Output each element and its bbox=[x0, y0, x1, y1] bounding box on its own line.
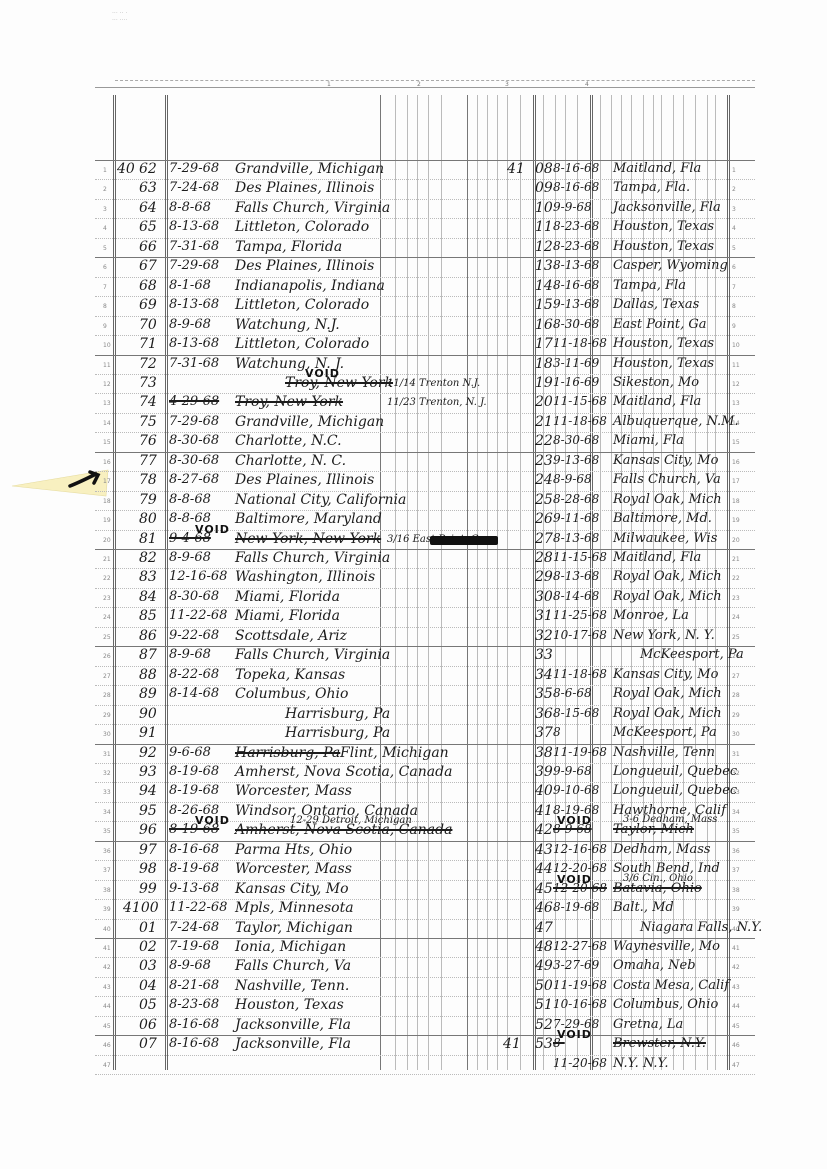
line-number: 20 bbox=[103, 537, 111, 544]
line-number: 5 bbox=[732, 245, 736, 252]
entry-date: 8-13-68 bbox=[169, 219, 219, 234]
header-band bbox=[95, 95, 755, 161]
entry-place: Flint, Michigan bbox=[340, 745, 449, 761]
entry-date: 8-1-68 bbox=[169, 278, 211, 293]
line-number: 43 bbox=[103, 984, 111, 991]
line-number: 12 bbox=[103, 381, 111, 388]
entry-place: Tampa, Fla. bbox=[613, 180, 690, 195]
line-number: 41 bbox=[103, 945, 111, 952]
entry-date: 8-22-68 bbox=[169, 667, 219, 682]
entry-number: 46 bbox=[535, 900, 553, 916]
entry-place: Dedham, Mass bbox=[613, 842, 711, 857]
entry-number: 28 bbox=[535, 550, 553, 566]
line-number: 10 bbox=[103, 342, 111, 349]
entry-date: 11-19-68 bbox=[553, 978, 607, 992]
entry-number: 87 bbox=[139, 647, 157, 663]
entry-number: 69 bbox=[139, 297, 157, 313]
entry-number: 92 bbox=[139, 745, 157, 761]
entry-place: Charlotte, N. C. bbox=[235, 453, 346, 469]
ledger-row: 1010718-13-68Littleton, Colorado1711-18-… bbox=[95, 335, 755, 355]
entry-number: 67 bbox=[139, 258, 157, 274]
entry-place: Topeka, Kansas bbox=[235, 667, 345, 683]
line-number: 23 bbox=[103, 595, 111, 602]
entry-place: National City, California bbox=[235, 492, 406, 508]
entry-place: Nashville, Tenn bbox=[613, 745, 715, 760]
entry-date: 11-18-68 bbox=[553, 336, 607, 350]
entry-number: 06 bbox=[139, 1017, 157, 1033]
line-number: 22 bbox=[103, 575, 111, 582]
ledger-row: 1717788-27-68Des Plaines, Illinois248-9-… bbox=[95, 471, 755, 491]
entry-place: Harrisburg, Pa bbox=[285, 725, 390, 741]
line-number: 30 bbox=[732, 731, 740, 738]
entry-number: 24 bbox=[535, 472, 553, 488]
entry-place: Grandville, Michigan bbox=[235, 414, 384, 430]
entry-place: Columbus, Ohio bbox=[235, 686, 348, 702]
ledger-row: 1616778-30-68Charlotte, N. C.239-13-68Ka… bbox=[95, 452, 755, 472]
line-number: 26 bbox=[103, 653, 111, 660]
line-number: 8 bbox=[103, 303, 107, 310]
ledger-row: 3333948-19-68Worcester, Mass409-10-68Lon… bbox=[95, 782, 755, 802]
entry-correction: 11/23 Trenton, N. J. bbox=[387, 397, 487, 408]
entry-date: 8-30-68 bbox=[553, 433, 599, 447]
entry-number: 23 bbox=[535, 453, 553, 469]
entry-place: Worcester, Mass bbox=[235, 783, 352, 799]
ledger-row: 3838999-13-68Kansas City, Mo4512-20-68Ba… bbox=[95, 880, 755, 900]
line-number: 30 bbox=[103, 731, 111, 738]
entry-place: Miami, Florida bbox=[235, 608, 340, 624]
entry-number: 16 bbox=[535, 317, 553, 333]
line-number: 9 bbox=[103, 323, 107, 330]
entry-place: Longueuil, Quebec bbox=[613, 764, 737, 779]
entry-place: Houston, Texas bbox=[613, 219, 714, 234]
line-number: 47 bbox=[103, 1062, 111, 1069]
entry-number: 02 bbox=[139, 939, 157, 955]
entry-number: 41 bbox=[535, 803, 553, 819]
line-number: 41 bbox=[732, 945, 740, 952]
ledger-row: 1515768-30-68Charlotte, N.C.228-30-68Mia… bbox=[95, 432, 755, 452]
entry-correction: 3/6 Cin., Ohio bbox=[623, 873, 693, 884]
entry-date: 11-18-68 bbox=[553, 667, 607, 681]
line-number: 42 bbox=[732, 964, 740, 971]
entry-number: 05 bbox=[139, 997, 157, 1013]
entry-correction: 3-6 Dedham, Mass bbox=[623, 814, 717, 825]
ledger-row: 66677-29-68Des Plaines, Illinois138-13-6… bbox=[95, 257, 755, 277]
entry-place: Littleton, Colorado bbox=[235, 336, 369, 352]
line-number: 37 bbox=[732, 867, 740, 874]
entry-number: 15 bbox=[535, 297, 553, 313]
entry-place: Falls Church, Virginia bbox=[235, 550, 390, 566]
entry-number: 81 bbox=[139, 531, 157, 547]
entry-date: 8-9-68 bbox=[169, 958, 211, 973]
entry-place: Houston, Texas bbox=[613, 239, 714, 254]
entry-date: 12-16-68 bbox=[169, 569, 227, 584]
entry-date: 9-11-68 bbox=[553, 511, 599, 525]
ledger-row: 1313744-29-68Troy, New York11/23 Trenton… bbox=[95, 393, 755, 413]
entry-number: 65 bbox=[139, 219, 157, 235]
entry-place: Baltimore, Maryland bbox=[235, 511, 382, 527]
entry-date: 8-16-68 bbox=[553, 180, 599, 194]
entry-number: 79 bbox=[139, 492, 157, 508]
entry-date: 8-13-68 bbox=[169, 297, 219, 312]
line-number: 15 bbox=[103, 439, 111, 446]
ledger-row: 88698-13-68Littleton, Colorado159-13-68D… bbox=[95, 296, 755, 316]
entry-place: Jacksonville, Fla bbox=[235, 1036, 351, 1052]
entry-number: 50 bbox=[535, 978, 553, 994]
entry-place: Maitland, Fla bbox=[613, 550, 701, 565]
ledger-row: 77688-1-68Indianapolis, Indiana148-16-68… bbox=[95, 277, 755, 297]
entry-number: 17 bbox=[535, 336, 553, 352]
entry-place: Maitland, Fla bbox=[613, 161, 701, 176]
entry-place: Baltimore, Md. bbox=[613, 511, 712, 526]
entry-number: 14 bbox=[535, 278, 553, 294]
entry-number: 95 bbox=[139, 803, 157, 819]
entry-place: Kansas City, Mo bbox=[613, 667, 718, 682]
line-number: 15 bbox=[732, 439, 740, 446]
entry-date: 9-10-68 bbox=[553, 783, 599, 797]
line-number: 6 bbox=[732, 264, 736, 271]
entry-date: 12-16-68 bbox=[553, 842, 607, 856]
entry-number: 38 bbox=[535, 745, 553, 761]
entry-place: Brewster, N.Y. bbox=[613, 1036, 706, 1051]
entry-date: 8-21-68 bbox=[169, 978, 219, 993]
ledger-row: 2626878-9-68Falls Church, Virginia33McKe… bbox=[95, 646, 755, 666]
line-number: 19 bbox=[103, 517, 111, 524]
entry-place: Omaha, Neb bbox=[613, 958, 696, 973]
entry-date: 8-13-68 bbox=[169, 336, 219, 351]
ledger-row: 2121828-9-68Falls Church, Virginia2811-1… bbox=[95, 549, 755, 569]
entry-place: Watchung, N.J. bbox=[235, 317, 340, 333]
entry-date: 8-8-68 bbox=[169, 492, 211, 507]
entry-place: Miami, Fla bbox=[613, 433, 684, 448]
entry-date: 8-27-68 bbox=[169, 472, 219, 487]
ledger-row: 1818798-8-68National City, California258… bbox=[95, 491, 755, 511]
line-number: 3 bbox=[732, 206, 736, 213]
entry-date: 8-30-68 bbox=[553, 317, 599, 331]
void-stamp: VOID bbox=[557, 814, 592, 827]
line-number: 21 bbox=[103, 556, 111, 563]
ledger-row: 1111727-31-68Watchung, N. J.183-11-69Hou… bbox=[95, 355, 755, 375]
entry-place: N.Y. N.Y. bbox=[613, 1056, 669, 1071]
column-number: 2 bbox=[417, 81, 421, 88]
entry-number: 94 bbox=[139, 783, 157, 799]
line-number: 4 bbox=[732, 225, 736, 232]
entry-date: 8-9-68 bbox=[169, 550, 211, 565]
entry-date: 8-16-68 bbox=[553, 278, 599, 292]
entry-date: 11-15-68 bbox=[553, 394, 607, 408]
entry-number: 77 bbox=[139, 453, 157, 469]
entry-date: 8-16-68 bbox=[553, 161, 599, 175]
ledger-row: 3636978-16-68Parma Hts, Ohio4312-16-68De… bbox=[95, 841, 755, 861]
entry-place: Littleton, Colorado bbox=[235, 297, 369, 313]
entry-date: 8-23-68 bbox=[553, 219, 599, 233]
entry-number: 76 bbox=[139, 433, 157, 449]
entry-number: 51 bbox=[535, 997, 553, 1013]
line-number: 42 bbox=[103, 964, 111, 971]
line-number: 13 bbox=[103, 400, 111, 407]
entry-date: 8-13-68 bbox=[553, 531, 599, 545]
entry-number: 99 bbox=[139, 881, 157, 897]
line-number: 8 bbox=[732, 303, 736, 310]
entry-place: Taylor, Michigan bbox=[235, 920, 353, 936]
line-number: 46 bbox=[732, 1042, 740, 1049]
entry-place: Tampa, Fla bbox=[613, 278, 686, 293]
entry-place: Grandville, Michigan bbox=[235, 161, 384, 177]
entry-prefix: 40 bbox=[117, 161, 135, 177]
entry-date: 8-30-68 bbox=[169, 433, 219, 448]
entry-number: 34 bbox=[535, 667, 553, 683]
entry-number: 45 bbox=[535, 881, 553, 897]
entry-date: 8-14-68 bbox=[169, 686, 219, 701]
top-rule-2 bbox=[95, 87, 755, 88]
line-number: 45 bbox=[732, 1023, 740, 1030]
entry-place: Miami, Florida bbox=[235, 589, 340, 605]
entry-date: 8-9-68 bbox=[169, 317, 211, 332]
void-stamp: VOID bbox=[195, 814, 230, 827]
entry-date: 8 bbox=[553, 725, 561, 739]
entry-place: Columbus, Ohio bbox=[613, 997, 718, 1012]
line-number: 32 bbox=[103, 770, 111, 777]
entry-number: 88 bbox=[139, 667, 157, 683]
entry-number: 66 bbox=[139, 239, 157, 255]
entry-place: Falls Church, Virginia bbox=[235, 200, 390, 216]
line-number: 31 bbox=[103, 751, 111, 758]
entry-place: New York, New York bbox=[235, 531, 381, 547]
entry-place: Royal Oak, Mich bbox=[613, 589, 722, 604]
entry-number: 82 bbox=[139, 550, 157, 566]
entry-number: 25 bbox=[535, 492, 553, 508]
entry-place: Costa Mesa, Calif bbox=[613, 978, 729, 993]
line-number: 24 bbox=[732, 614, 740, 621]
entry-date: 8-30-68 bbox=[169, 453, 219, 468]
entry-number: 19 bbox=[535, 375, 553, 391]
entry-date: 7-31-68 bbox=[169, 239, 219, 254]
entry-place: Casper, Wyoming bbox=[613, 258, 728, 273]
ledger-row: 44658-13-68Littleton, Colorado118-23-68H… bbox=[95, 218, 755, 238]
entry-date: 9-13-68 bbox=[169, 881, 219, 896]
entry-date: 9-9-68 bbox=[553, 200, 592, 214]
ledger-row: 4444058-23-68Houston, Texas5110-16-68Col… bbox=[95, 996, 755, 1016]
entry-date: 12-27-68 bbox=[553, 939, 607, 953]
entry-number: 72 bbox=[139, 356, 157, 372]
line-number: 38 bbox=[103, 887, 111, 894]
ledger-row: 1140627-29-68Grandville, Michigan41088-1… bbox=[95, 160, 755, 180]
entry-number: 84 bbox=[139, 589, 157, 605]
ledger-row: 22637-24-68Des Plaines, Illinois098-16-6… bbox=[95, 179, 755, 199]
entry-number: 04 bbox=[139, 978, 157, 994]
entry-number: 31 bbox=[535, 608, 553, 624]
entry-date: 8-14-68 bbox=[553, 589, 599, 603]
entry-number: 20 bbox=[535, 394, 553, 410]
entry-prefix: 41 bbox=[507, 161, 525, 177]
entry-date: 4-29-68 bbox=[169, 394, 219, 409]
entry-number: 4100 bbox=[123, 900, 159, 916]
entry-number: 83 bbox=[139, 569, 157, 585]
entry-number: 35 bbox=[535, 686, 553, 702]
ledger-row: 2020819-4-68New York, New YorkVOID3/16 E… bbox=[95, 530, 755, 550]
entry-date: 9-6-68 bbox=[169, 745, 211, 760]
ledger-row: 55667-31-68Tampa, Florida128-23-68Housto… bbox=[95, 238, 755, 258]
column-number: 1 bbox=[327, 81, 331, 88]
void-stamp: VOID bbox=[557, 873, 592, 886]
line-number: 39 bbox=[732, 906, 740, 913]
entry-number: 85 bbox=[139, 608, 157, 624]
entry-date: 11-25-68 bbox=[553, 608, 607, 622]
ledger-row: 3131929-6-68Harrisburg, PaFlint, Michiga… bbox=[95, 744, 755, 764]
ledger-row: 2727888-22-68Topeka, Kansas3411-18-68Kan… bbox=[95, 666, 755, 686]
entry-number: 70 bbox=[139, 317, 157, 333]
entry-date: 8-19-68 bbox=[169, 764, 219, 779]
entry-number: 48 bbox=[535, 939, 553, 955]
entry-place: Mpls, Minnesota bbox=[235, 900, 354, 916]
void-stamp: VOID bbox=[557, 1028, 592, 1041]
entry-number: 74 bbox=[139, 394, 157, 410]
entry-place: Troy, New York bbox=[235, 394, 343, 410]
entry-number: 30 bbox=[535, 589, 553, 605]
entry-number: 09 bbox=[535, 180, 553, 196]
entry-place: Monroe, La bbox=[613, 608, 689, 623]
ledger-row: 1919808-8-68Baltimore, Maryland269-11-68… bbox=[95, 510, 755, 530]
entry-date: 8-19-68 bbox=[169, 861, 219, 876]
entry-correction: 12-29 Detroit, Michigan bbox=[290, 815, 412, 826]
entry-number: 43 bbox=[535, 842, 553, 858]
line-number: 12 bbox=[732, 381, 740, 388]
entry-date: 8-6-68 bbox=[553, 686, 592, 700]
entry-place: Harrisburg, Pa bbox=[285, 706, 390, 722]
ledger-row: 99708-9-68Watchung, N.J.168-30-68East Po… bbox=[95, 316, 755, 336]
struck-place: Harrisburg, Pa bbox=[235, 745, 340, 761]
entry-number: 62 bbox=[139, 161, 157, 177]
line-number: 29 bbox=[103, 712, 111, 719]
entry-number: 18 bbox=[535, 356, 553, 372]
entry-place: Ionia, Michigan bbox=[235, 939, 346, 955]
entry-date: 8-16-68 bbox=[169, 842, 219, 857]
entry-place: Charlotte, N.C. bbox=[235, 433, 342, 449]
entry-date: 7-29-68 bbox=[169, 258, 219, 273]
line-number: 27 bbox=[732, 673, 740, 680]
entry-number: 27 bbox=[535, 531, 553, 547]
entry-date: 8-28-68 bbox=[553, 492, 599, 506]
entry-place: Worcester, Mass bbox=[235, 861, 352, 877]
line-number: 7 bbox=[103, 284, 107, 291]
line-number: 14 bbox=[103, 420, 111, 427]
entry-date: 8-9-68 bbox=[169, 647, 211, 662]
ledger-row: 474711-20-68N.Y. N.Y. bbox=[95, 1055, 755, 1075]
line-number: 43 bbox=[732, 984, 740, 991]
line-number: 17 bbox=[103, 478, 111, 485]
entry-place: New York, N. Y. bbox=[613, 628, 715, 643]
ledger-grid: 1 2 3 4 1140627-29-68Grandville, Michiga… bbox=[95, 80, 755, 1070]
entry-place: Amherst, Nova Scotia, Canada bbox=[235, 764, 452, 780]
entry-place: Washington, Illinois bbox=[235, 569, 375, 585]
entry-place: Niagara Falls, N.Y. bbox=[640, 920, 762, 935]
entry-date: 8-8-68 bbox=[169, 200, 211, 215]
entry-number: 52 bbox=[535, 1017, 553, 1033]
entry-number: 80 bbox=[139, 511, 157, 527]
entry-date: 7-24-68 bbox=[169, 920, 219, 935]
line-number: 47 bbox=[732, 1062, 740, 1069]
entry-place: Des Plaines, Illinois bbox=[235, 180, 374, 196]
entry-place: Balt., Md bbox=[613, 900, 674, 915]
entry-number: 71 bbox=[139, 336, 157, 352]
entry-place: Indianapolis, Indiana bbox=[235, 278, 385, 294]
line-number: 34 bbox=[103, 809, 111, 816]
entry-number: 90 bbox=[139, 706, 157, 722]
entry-place: Dallas, Texas bbox=[613, 297, 699, 312]
line-number: 2 bbox=[732, 186, 736, 193]
line-number: 40 bbox=[103, 926, 111, 933]
entry-place: Falls Church, Va bbox=[235, 958, 351, 974]
entry-place: Gretna, La bbox=[613, 1017, 683, 1032]
entry-date: 7-31-68 bbox=[169, 356, 219, 371]
line-number: 17 bbox=[732, 478, 740, 485]
entry-date: 8-30-68 bbox=[169, 589, 219, 604]
entry-date: 8-13-68 bbox=[553, 569, 599, 583]
ledger-row: 121273Troy, New YorkVOID11/14 Trenton N.… bbox=[95, 374, 755, 394]
entry-date: 9-13-68 bbox=[553, 297, 599, 311]
line-number: 44 bbox=[732, 1003, 740, 1010]
entry-place: Tampa, Florida bbox=[235, 239, 342, 255]
line-number: 25 bbox=[103, 634, 111, 641]
entry-place: Jacksonville, Fla bbox=[613, 200, 721, 215]
entry-date: 8-16-68 bbox=[169, 1036, 219, 1051]
ledger-row: 292990Harrisburg, Pa368-15-68Royal Oak, … bbox=[95, 705, 755, 725]
ledger-row: 22228312-16-68Washington, Illinois298-13… bbox=[95, 568, 755, 588]
entry-number: 42 bbox=[535, 822, 553, 838]
entry-number: 98 bbox=[139, 861, 157, 877]
ledger-row: 4040017-24-68Taylor, Michigan47Niagara F… bbox=[95, 919, 755, 939]
ledger-row: 24248511-22-68Miami, Florida3111-25-68Mo… bbox=[95, 607, 755, 627]
entry-correction: 11/14 Trenton N.J. bbox=[387, 378, 480, 389]
entry-number: 01 bbox=[139, 920, 157, 936]
line-number: 44 bbox=[103, 1003, 111, 1010]
entry-place: Falls Church, Va bbox=[613, 472, 721, 487]
entry-number: 68 bbox=[139, 278, 157, 294]
ledger-row: 4343048-21-68Nashville, Tenn.5011-19-68C… bbox=[95, 977, 755, 997]
line-number: 35 bbox=[732, 828, 740, 835]
entry-place: Royal Oak, Mich bbox=[613, 686, 722, 701]
entry-number: 73 bbox=[139, 375, 157, 391]
line-number: 1 bbox=[103, 167, 107, 174]
entry-place: Des Plaines, Illinois bbox=[235, 258, 374, 274]
line-number: 4 bbox=[103, 225, 107, 232]
entry-number: 40 bbox=[535, 783, 553, 799]
line-number: 9 bbox=[732, 323, 736, 330]
entry-date: 11-18-68 bbox=[553, 414, 607, 428]
entry-number: 10 bbox=[535, 200, 553, 216]
line-number: 19 bbox=[732, 517, 740, 524]
entry-number: 97 bbox=[139, 842, 157, 858]
line-number: 3 bbox=[103, 206, 107, 213]
ledger-row: 33648-8-68Falls Church, Virginia109-9-68… bbox=[95, 199, 755, 219]
entry-number: 11 bbox=[535, 219, 553, 235]
entry-place: Falls Church, Virginia bbox=[235, 647, 390, 663]
scribble-mark bbox=[430, 536, 498, 545]
entry-number: 22 bbox=[535, 433, 553, 449]
entry-place: Maitland, Fla bbox=[613, 394, 701, 409]
ledger-row: 4141027-19-68Ionia, Michigan4812-27-68Wa… bbox=[95, 938, 755, 958]
line-number: 38 bbox=[732, 887, 740, 894]
line-number: 37 bbox=[103, 867, 111, 874]
ledger-row: 1414757-29-68Grandville, Michigan2111-18… bbox=[95, 413, 755, 433]
ledger-row: 2323848-30-68Miami, Florida308-14-68Roya… bbox=[95, 588, 755, 608]
entry-place: Des Plaines, Illinois bbox=[235, 472, 374, 488]
entry-number: 33 bbox=[535, 647, 553, 663]
ledger-row: 2828898-14-68Columbus, Ohio358-6-68Royal… bbox=[95, 685, 755, 705]
entry-number: 63 bbox=[139, 180, 157, 196]
ledger-row: 4646078-16-68Jacksonville, Fla41538-Brew… bbox=[95, 1035, 755, 1055]
entry-number: 07 bbox=[139, 1036, 157, 1052]
line-number: 31 bbox=[732, 751, 740, 758]
